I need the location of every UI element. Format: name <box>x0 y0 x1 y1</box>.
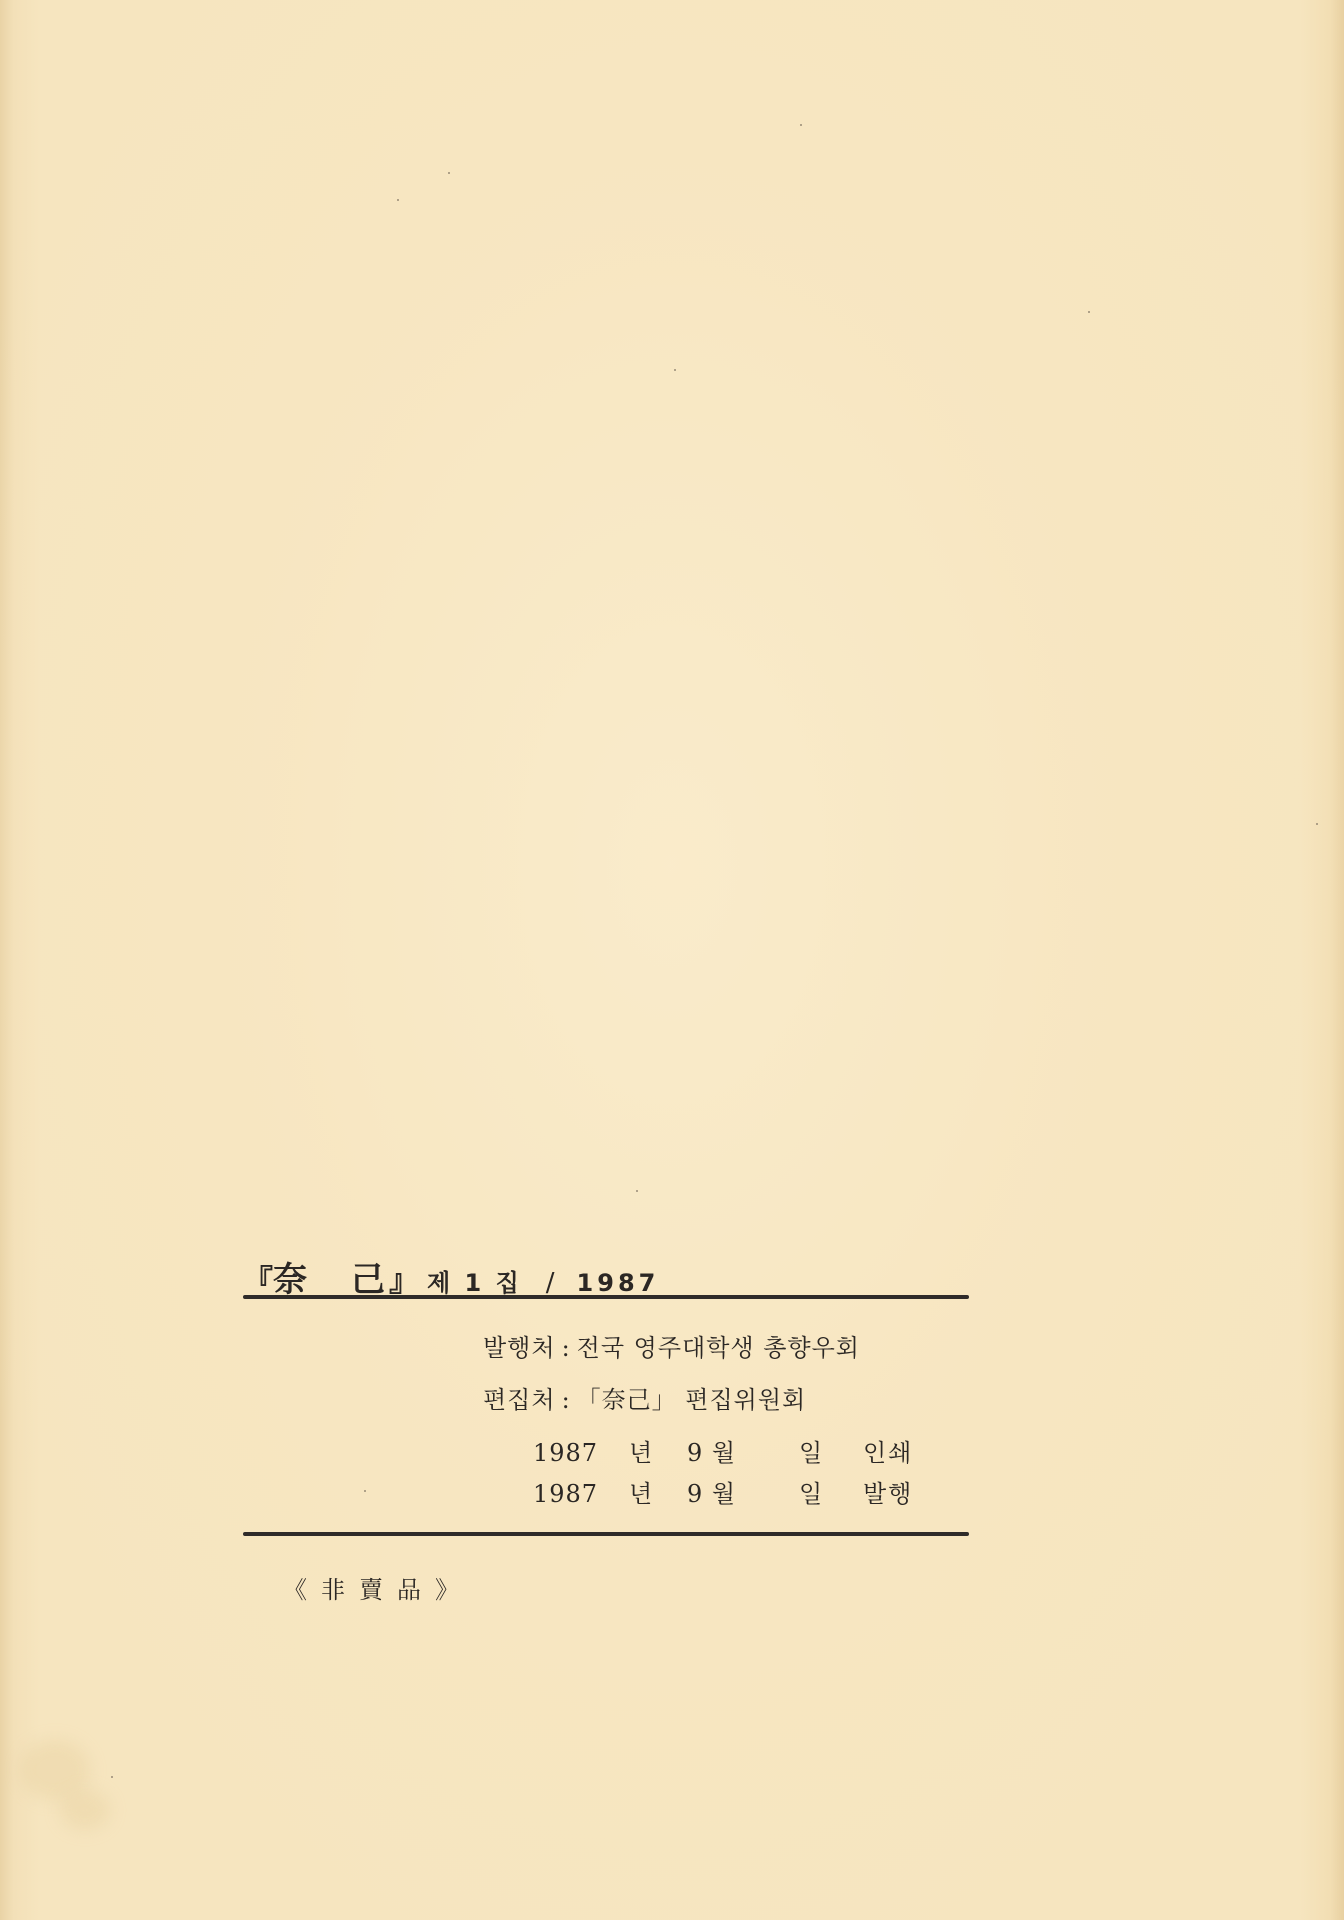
publish-action: 발행 <box>863 1474 913 1509</box>
volume-number: 제 1 집 <box>427 1263 522 1298</box>
not-for-sale-notice: 《非賣品》 <box>283 1570 473 1605</box>
publication-year: 1987 <box>577 1269 660 1297</box>
bottom-rule-divider <box>243 1532 969 1536</box>
print-month: 9 월 <box>687 1433 799 1468</box>
publisher-value: 전국 영주대학생 총향우회 <box>577 1334 860 1362</box>
editor-value: 「奈己」 편집위원회 <box>577 1386 807 1414</box>
publish-month: 9 월 <box>687 1474 799 1509</box>
editor-row: 편집처:「奈己」 편집위원회 <box>483 1380 806 1415</box>
publish-year-unit: 년 <box>629 1474 687 1509</box>
title-close-bracket: 』 <box>389 1256 419 1300</box>
print-date-row: 1987년9 월일인쇄 <box>533 1433 913 1468</box>
publisher-colon: : <box>562 1334 571 1362</box>
print-day-unit: 일 <box>799 1433 863 1468</box>
publish-date-row: 1987년9 월일발행 <box>533 1474 913 1509</box>
publish-day-unit: 일 <box>799 1474 863 1509</box>
print-year: 1987 <box>533 1439 629 1467</box>
print-year-unit: 년 <box>629 1433 687 1468</box>
editor-colon: : <box>562 1386 571 1414</box>
title-open-bracket: 『 <box>243 1256 273 1300</box>
colophon-title: 『 奈己 』 제 1 집 / 1987 <box>243 1252 659 1292</box>
top-rule-divider <box>243 1295 969 1299</box>
print-action: 인쇄 <box>863 1433 913 1468</box>
colophon: 『 奈己 』 제 1 집 / 1987 발행처:전국 영주대학생 총향우회 편집… <box>0 0 1344 1920</box>
publish-year: 1987 <box>533 1480 629 1508</box>
publisher-label: 발행처 <box>483 1334 556 1362</box>
publisher-row: 발행처:전국 영주대학생 총향우회 <box>483 1328 860 1363</box>
title-separator: / <box>546 1268 555 1298</box>
editor-label: 편집처 <box>483 1386 556 1414</box>
